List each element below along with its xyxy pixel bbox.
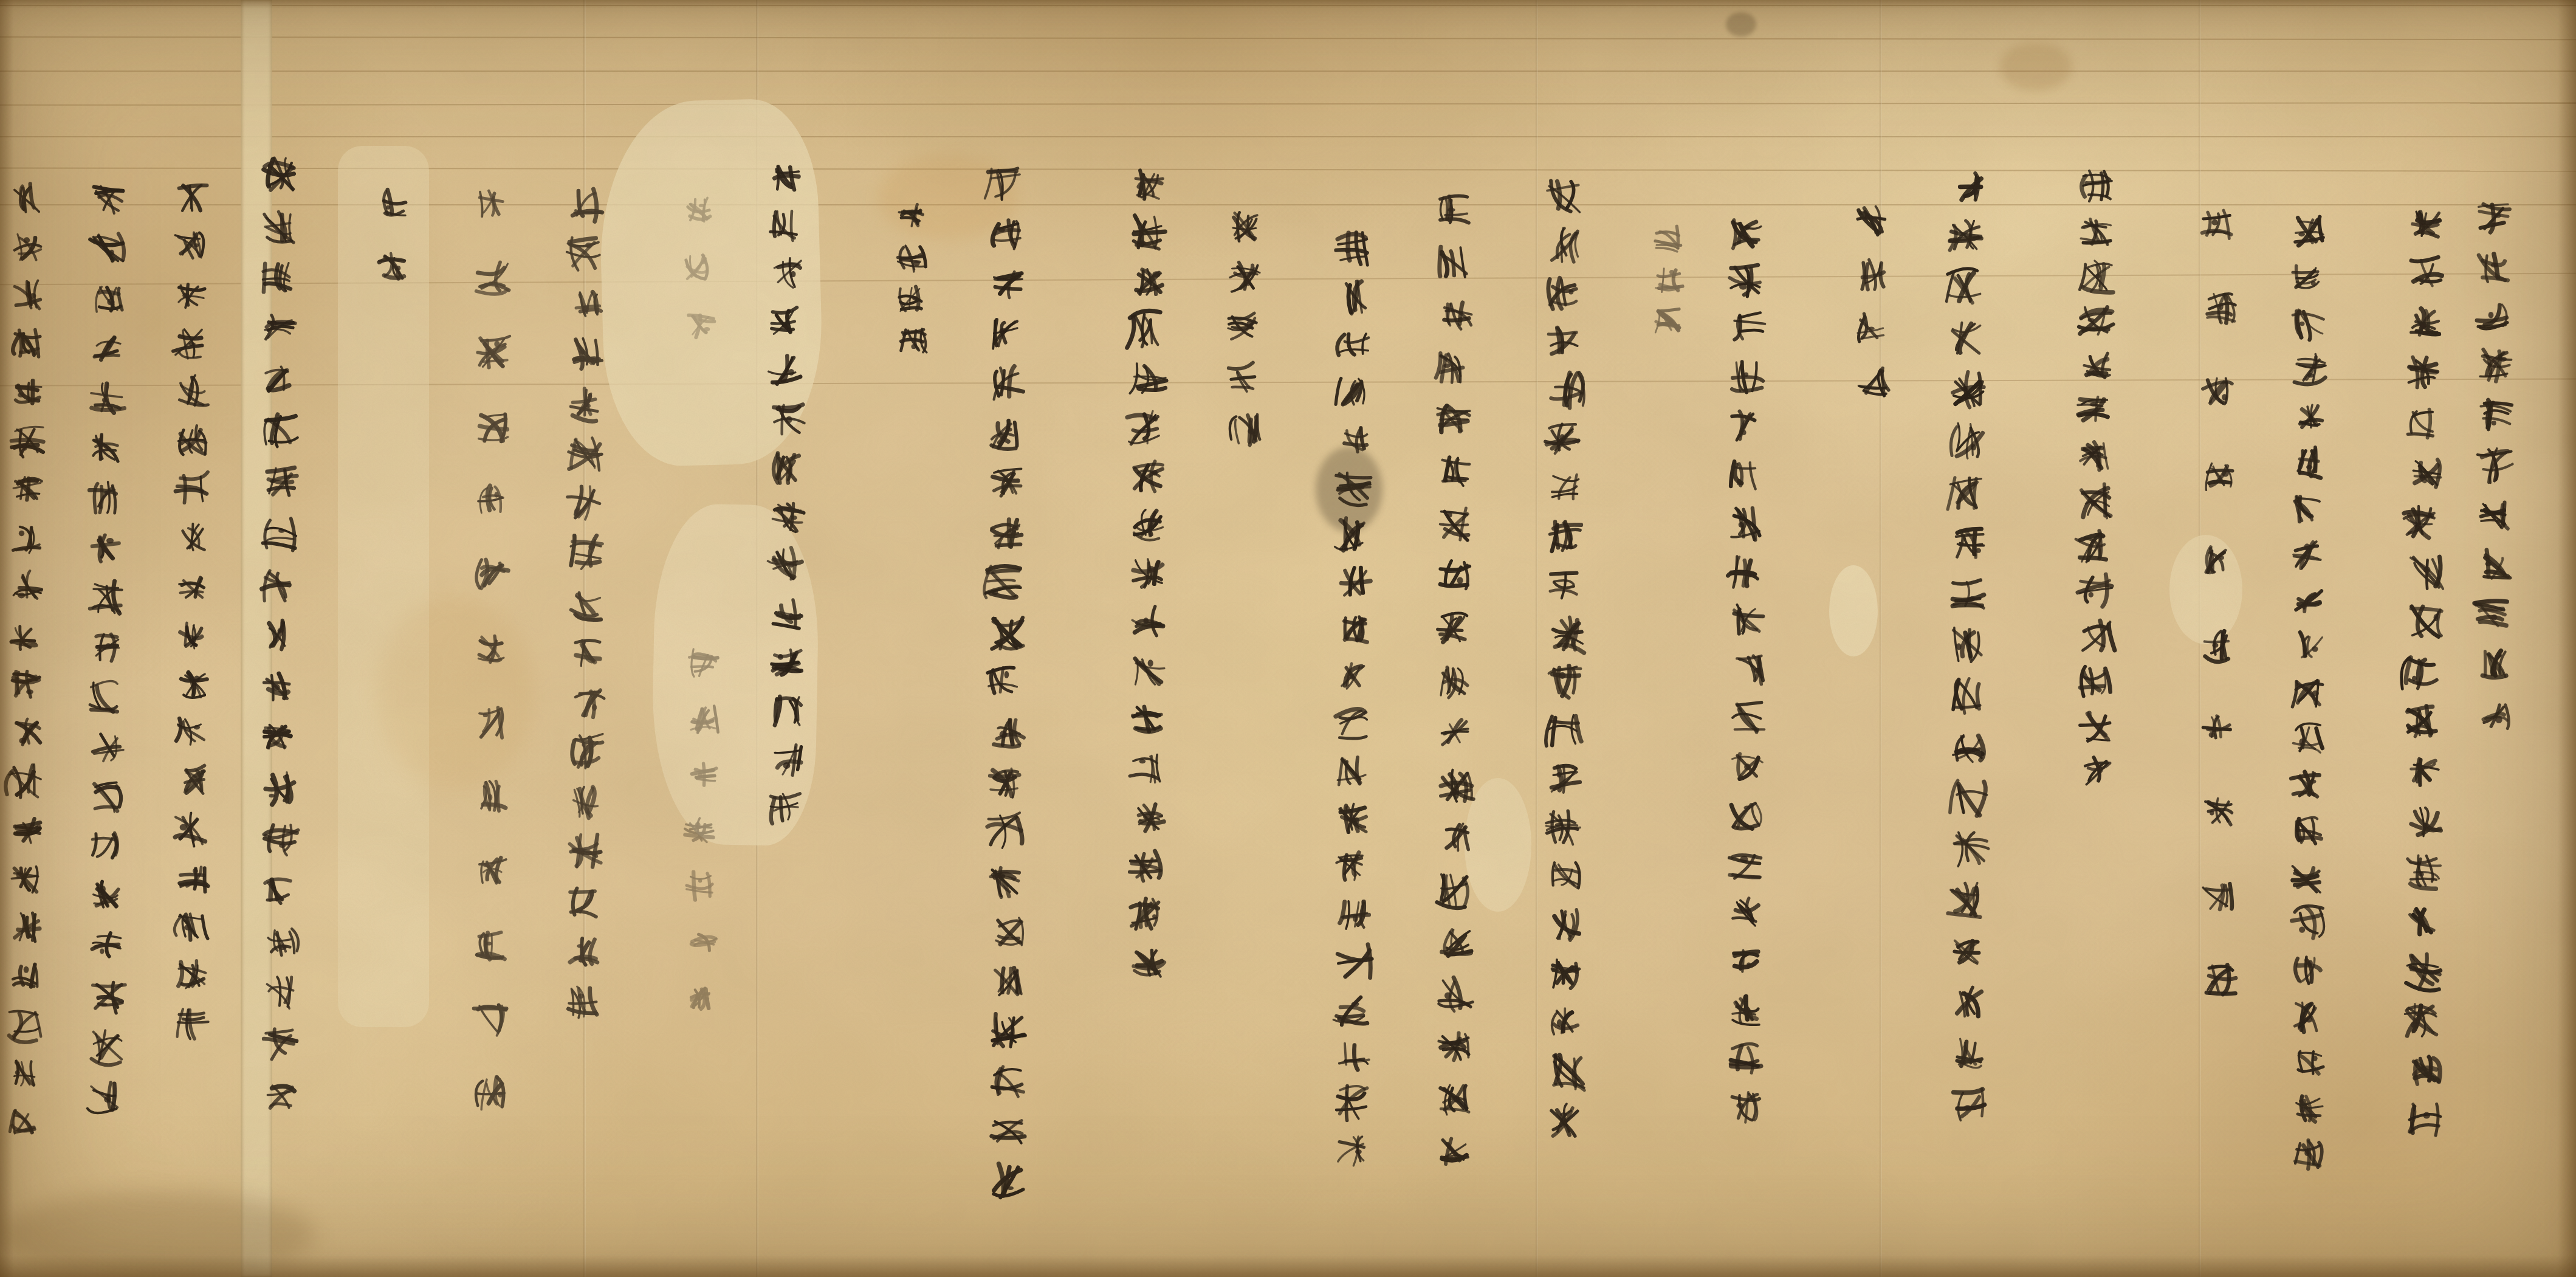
page-edge-bottom — [0, 1255, 2576, 1277]
ink-strokes — [78, 177, 135, 1160]
manuscript-column-11: 行啓王上寮々行幸用網代御輿備明門院同輦 — [1425, 188, 1483, 1218]
ruled-line — [0, 71, 2576, 72]
manuscript-column-2: 此日於小栗栖寺權少僧都裁有被修太元帥法 — [2393, 201, 2454, 1185]
ink-strokes — [249, 153, 309, 1161]
stain — [1726, 12, 1756, 36]
ruled-line — [0, 36, 2576, 40]
ink-strokes — [1644, 219, 1695, 374]
page-edge-top — [0, 0, 2576, 9]
manuscript-column-23: 十五日戊辰剋大夫史國宗為勅使令向軍陣了 — [249, 153, 309, 1161]
manuscript-page: 洲俣晴日雖可發向及今日 此日於小栗栖寺權少僧都裁有被修太元帥法 可限七箇日欤之由… — [0, 0, 2576, 1277]
ink-strokes — [1218, 205, 1273, 495]
manuscript-column-3: 可限七箇日欤之由被宣下日來雖為仙洞沙汰自今 — [2280, 210, 2337, 1215]
ink-strokes — [1937, 163, 1998, 1171]
manuscript-column-1: 洲俣晴日雖可發向及今日 — [2464, 194, 2523, 779]
ruled-line — [0, 136, 2576, 137]
ink-strokes — [975, 162, 1036, 1246]
ink-strokes — [364, 182, 421, 345]
repair-patch — [1829, 565, 1878, 656]
manuscript-column-9: 之由也 — [1644, 219, 1695, 374]
ink-strokes — [888, 198, 936, 394]
ink-strokes — [2191, 205, 2246, 1078]
ink-strokes — [758, 155, 814, 871]
manuscript-column-6: 七日庚申被發遣東海東山南道并石清水已下 — [1937, 163, 1998, 1171]
ink-strokes — [2393, 201, 2454, 1185]
ink-strokes — [675, 191, 724, 395]
manuscript-column-16: 須令是多 — [888, 198, 936, 394]
ruled-line — [0, 102, 2576, 106]
manuscript-column-22: 館也 — [364, 182, 421, 345]
ink-strokes — [1844, 201, 1898, 449]
ink-strokes — [1718, 210, 1776, 1170]
ink-strokes — [163, 176, 220, 1087]
manuscript-column-7: 奉幣使歟 — [1844, 201, 1898, 449]
ink-strokes — [2464, 194, 2523, 779]
page-edge-right — [2558, 0, 2576, 1277]
paper-seam — [1880, 0, 1882, 1277]
manuscript-column-4: 又為公家御沙汰被修之 — [2191, 205, 2246, 1078]
ink-strokes — [0, 177, 53, 1184]
manuscript-column-14: 十日癸亥王上三院並女院遷御高陽院殿 — [1118, 163, 1176, 1026]
ink-strokes — [1323, 228, 1381, 1213]
manuscript-column-12: 武士已依有入洛之間自此日官外記下部候仙洞 — [1323, 228, 1381, 1213]
ruled-line — [0, 378, 2576, 386]
manuscript-column-15: 十三日丙寅於宇治河關東武士与院御方軍兵合戰 — [975, 162, 1036, 1246]
ink-strokes — [1118, 163, 1176, 1026]
manuscript-column-25: 主典代中宮大屬中原〓〓役制之是關東武士 — [78, 177, 135, 1160]
stain — [1999, 43, 2072, 91]
manuscript-column-19-fragment: 血馬兵〓十三〓 — [676, 644, 727, 1067]
ink-strokes — [463, 182, 520, 1182]
grime — [0, 1191, 316, 1277]
manuscript-column-8: 洲俣飛脚參院五六兩日合戰之間御方已引散 — [1718, 210, 1776, 1170]
ruled-line — [0, 167, 2576, 171]
ink-strokes — [1534, 173, 1595, 1183]
ruled-line — [0, 5, 2576, 6]
ink-strokes — [2066, 164, 2124, 830]
manuscript-column-18-fragment: 〓〓〓 — [675, 191, 724, 395]
manuscript-column-17: 十四日丁卯晩更祇園神輿奉遷右 — [758, 155, 814, 871]
manuscript-column-26: 何故在府哉云々家司能々知案内之故也其時〓 — [0, 177, 53, 1184]
manuscript-column-13: 之由被仰下 — [1218, 205, 1273, 495]
manuscript-column-5: 四日丁巳關東御使兩寮不知由緒 — [2066, 164, 2124, 830]
ink-strokes — [676, 644, 727, 1067]
manuscript-column-20: 於宇治川關東武士等死不知數千而官軍 — [557, 182, 616, 1066]
ink-strokes — [1425, 188, 1483, 1218]
manuscript-column-21: 被攻落淀渡于間前沿汀數十町 — [463, 182, 520, 1182]
ink-strokes — [2280, 210, 2337, 1215]
manuscript-column-24: 川原官軍二人使部二十人舁侍二人相具了 — [163, 176, 220, 1087]
manuscript-column-10: 八日辛酉一院在御門院新院臨幸坂下六條殿同 — [1534, 173, 1595, 1183]
ink-strokes — [557, 182, 616, 1066]
